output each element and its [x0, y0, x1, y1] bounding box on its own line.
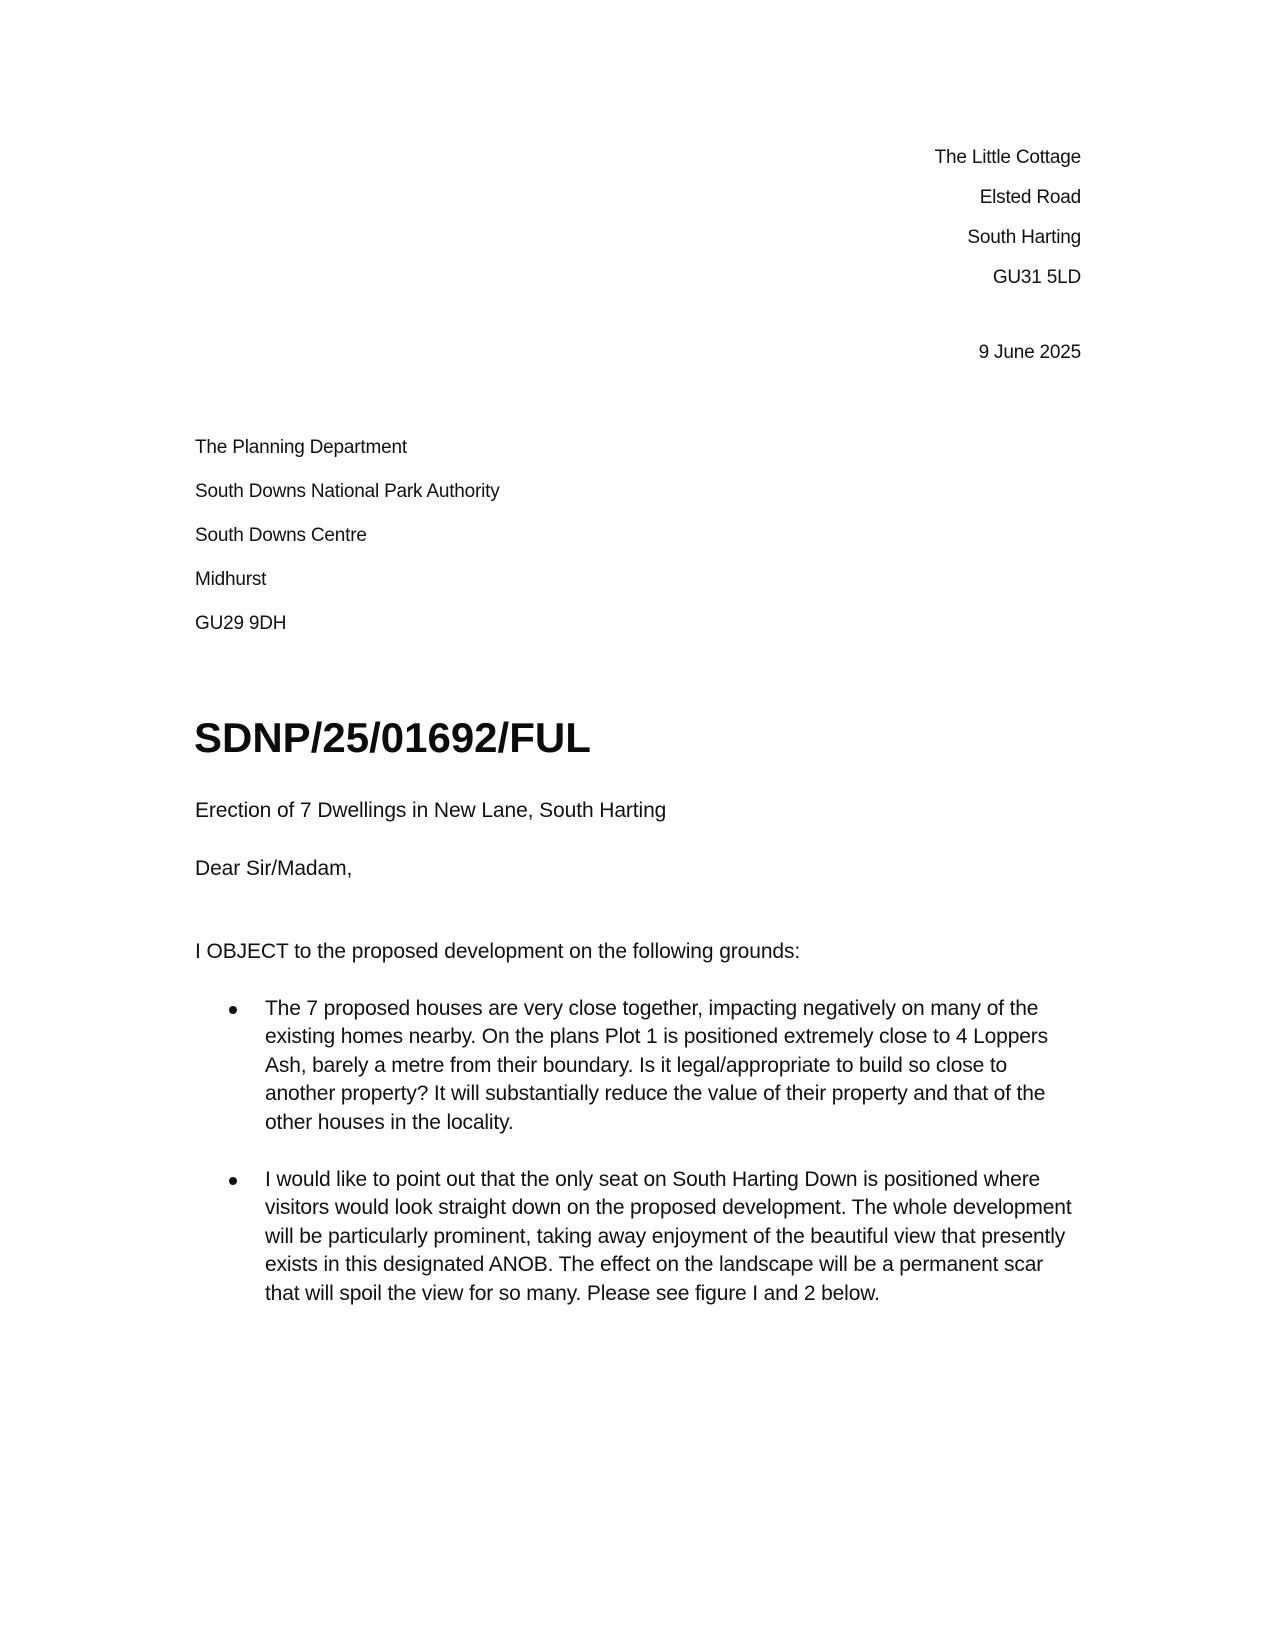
sender-postcode: GU31 5LD: [935, 258, 1081, 298]
sender-address: The Little Cottage Elsted Road South Har…: [935, 138, 1081, 298]
recipient-postcode: GU29 9DH: [195, 602, 500, 646]
sender-address-line: Elsted Road: [935, 178, 1081, 218]
recipient-address: The Planning Department South Downs Nati…: [195, 426, 500, 646]
salutation: Dear Sir/Madam,: [195, 855, 352, 883]
objection-ground-text: I would like to point out that the only …: [265, 1166, 1075, 1308]
planning-reference-heading: SDNP/25/01692/FUL: [194, 713, 591, 763]
bullet-icon: [229, 1006, 237, 1014]
objection-ground-item: The 7 proposed houses are very close tog…: [195, 995, 1075, 1137]
letter-page: The Little Cottage Elsted Road South Har…: [0, 0, 1275, 1650]
sender-address-line: The Little Cottage: [935, 138, 1081, 178]
letter-subject: Erection of 7 Dwellings in New Lane, Sou…: [195, 797, 666, 825]
objection-ground-item: I would like to point out that the only …: [195, 1166, 1075, 1308]
recipient-address-line: South Downs Centre: [195, 514, 500, 558]
recipient-address-line: Midhurst: [195, 558, 500, 602]
sender-address-line: South Harting: [935, 218, 1081, 258]
objection-ground-text: The 7 proposed houses are very close tog…: [265, 995, 1075, 1137]
objection-intro: I OBJECT to the proposed development on …: [195, 938, 800, 966]
recipient-address-line: South Downs National Park Authority: [195, 470, 500, 514]
objection-grounds-list: The 7 proposed houses are very close tog…: [195, 995, 1075, 1337]
bullet-icon: [229, 1177, 237, 1185]
letter-date: 9 June 2025: [979, 340, 1081, 366]
recipient-address-line: The Planning Department: [195, 426, 500, 470]
